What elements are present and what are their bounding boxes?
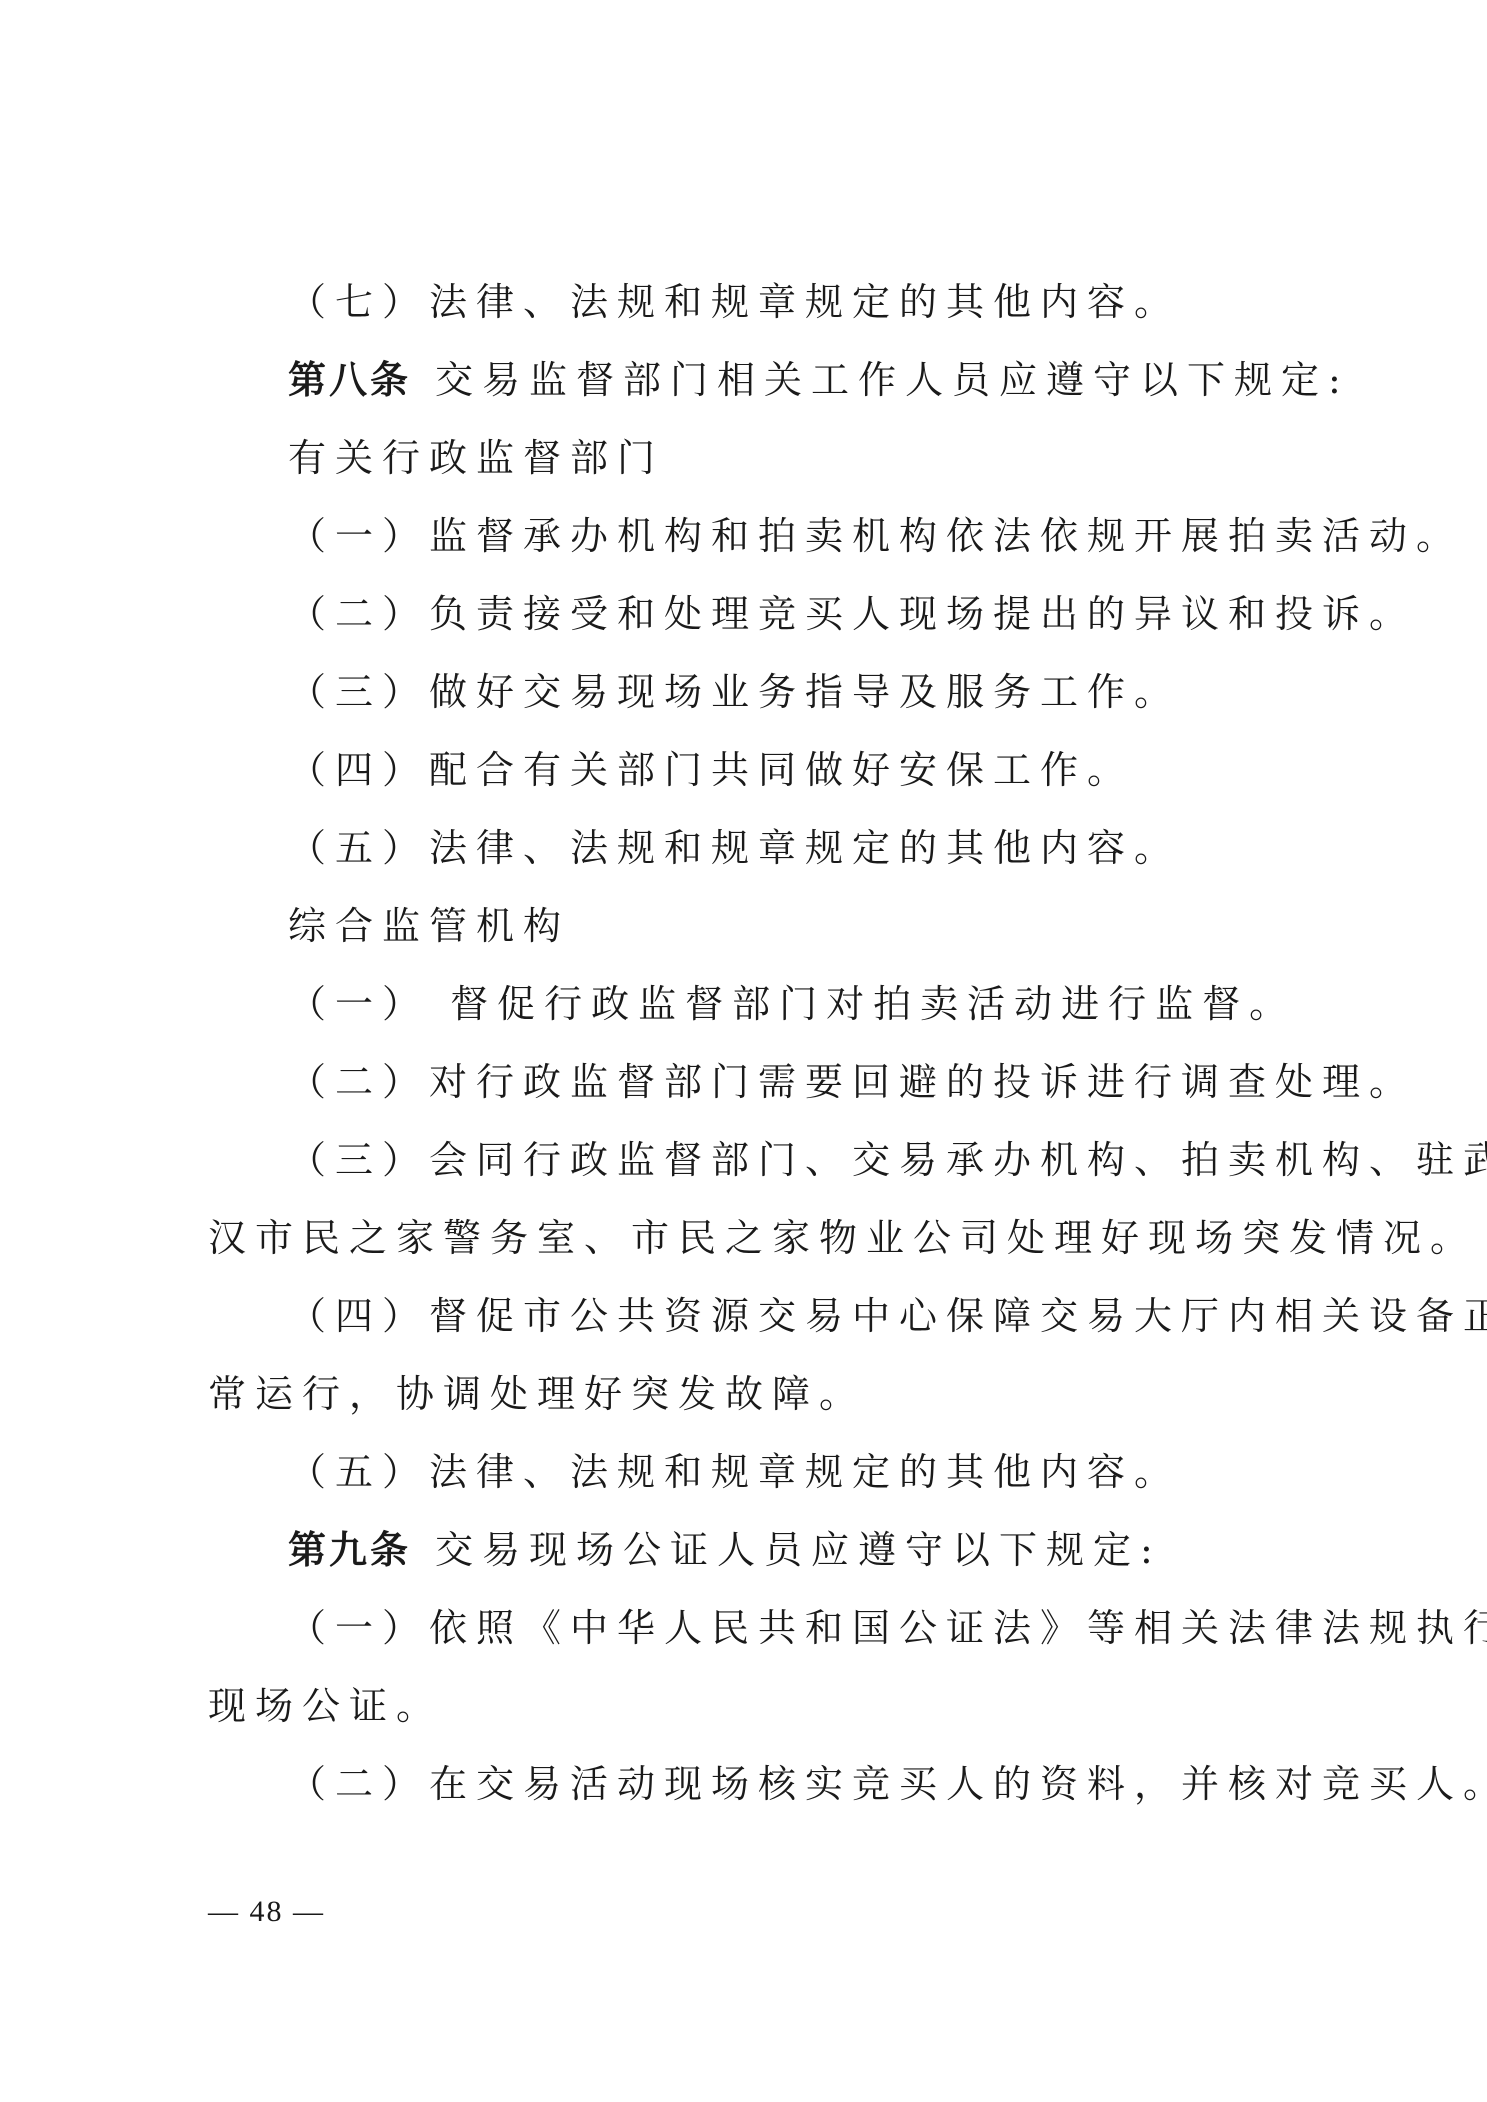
article-number: 第八条 xyxy=(288,357,411,402)
page-number: — 48 — xyxy=(208,1895,325,1929)
section-heading-comprehensive-supervision: 综合监管机构 xyxy=(288,902,570,950)
clause-7-other: （七）法律、法规和规章规定的其他内容。 xyxy=(288,278,1181,326)
clause: （五）法律、法规和规章规定的其他内容。 xyxy=(288,824,1181,872)
clause-continuation: 汉市民之家警务室、市民之家物业公司处理好现场突发情况。 xyxy=(208,1214,1477,1262)
clause: （五）法律、法规和规章规定的其他内容。 xyxy=(288,1448,1181,1496)
clause: （四）督促市公共资源交易中心保障交易大厅内相关设备正 xyxy=(288,1292,1487,1340)
clause: （二）负责接受和处理竞买人现场提出的异议和投诉。 xyxy=(288,590,1416,638)
clause: （二）对行政监督部门需要回避的投诉进行调查处理。 xyxy=(288,1058,1416,1106)
clause: （三）做好交易现场业务指导及服务工作。 xyxy=(288,668,1181,716)
article-text: 交易现场公证人员应遵守以下规定: xyxy=(435,1528,1162,1572)
clause: （四）配合有关部门共同做好安保工作。 xyxy=(288,746,1134,794)
document-page: （七）法律、法规和规章规定的其他内容。 第八条交易监督部门相关工作人员应遵守以下… xyxy=(0,0,1487,2102)
article-text: 交易监督部门相关工作人员应遵守以下规定: xyxy=(435,358,1350,402)
article-9-heading: 第九条交易现场公证人员应遵守以下规定: xyxy=(288,1526,1162,1574)
clause-continuation: 常运行，协调处理好突发故障。 xyxy=(208,1370,866,1418)
clause: （一）监督承办机构和拍卖机构依法依规开展拍卖活动。 xyxy=(288,512,1463,560)
article-8-heading: 第八条交易监督部门相关工作人员应遵守以下规定: xyxy=(288,356,1350,404)
clause: （三）会同行政监督部门、交易承办机构、拍卖机构、驻武 xyxy=(288,1136,1487,1184)
clause: （二）在交易活动现场核实竞买人的资料，并核对竞买人。 xyxy=(288,1760,1487,1808)
clause: （一） 督促行政监督部门对拍卖活动进行监督。 xyxy=(288,980,1296,1028)
section-heading-admin-supervision: 有关行政监督部门 xyxy=(288,434,664,482)
clause: （一）依照《中华人民共和国公证法》等相关法律法规执行 xyxy=(288,1604,1487,1652)
article-number: 第九条 xyxy=(288,1527,411,1572)
clause-continuation: 现场公证。 xyxy=(208,1682,443,1730)
